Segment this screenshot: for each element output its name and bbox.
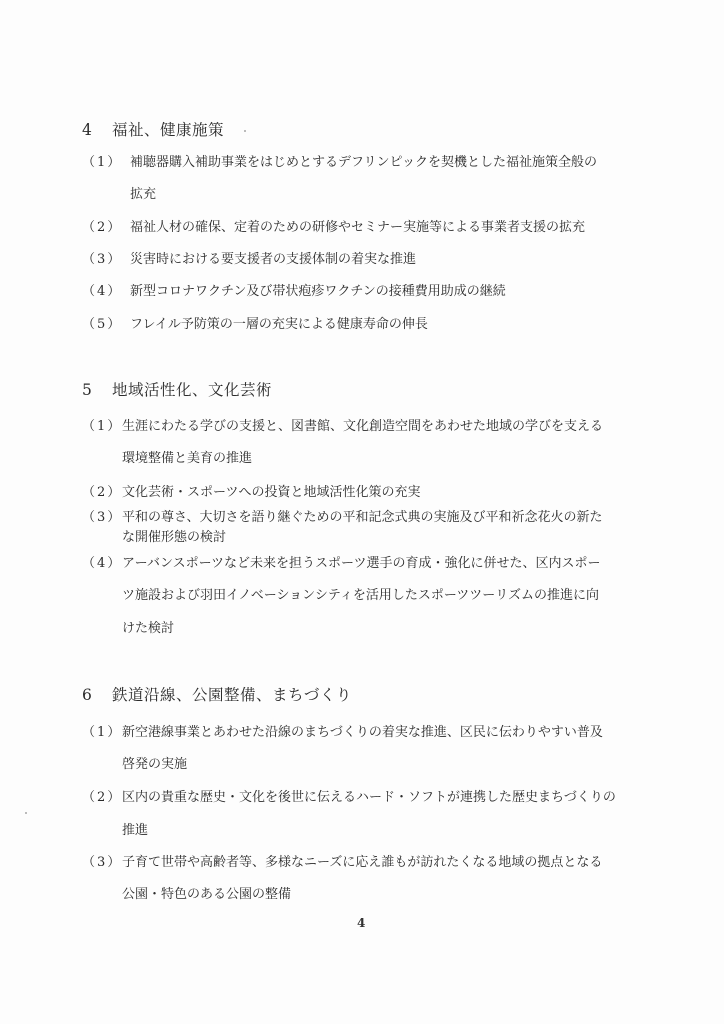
item-text-line: 新空港線事業とあわせた沿線のまちづくりの着実な推進、区民に伝わりやすい普及 xyxy=(122,721,603,740)
item-marker: （3） xyxy=(82,851,122,870)
section-title: 福祉、健康施策 xyxy=(112,121,224,139)
item-text-line: 福祉人材の確保、定着のための研修やセミナー実施等による事業者支援の拡充 xyxy=(130,216,585,235)
section-heading-5: 5地域活性化、文化芸術 xyxy=(82,378,272,400)
item-marker: （1） xyxy=(82,721,122,740)
item-marker: （4） xyxy=(82,280,122,299)
section-number: 5 xyxy=(82,381,112,399)
list-item: （5） フレイル予防策の一層の充実による健康寿命の伸長 xyxy=(82,313,122,332)
item-text-line: 推進 xyxy=(122,819,148,838)
item-marker: （2） xyxy=(82,481,122,500)
list-item: （4） 新型コロナワクチン及び帯状疱疹ワクチンの接種費用助成の継続 xyxy=(82,280,122,299)
item-marker: （4） xyxy=(82,552,122,571)
list-item: （3） 平和の尊さ、大切さを語り継ぐための平和記念式典の実施及び平和祈念花火の新… xyxy=(82,506,122,525)
item-text-line: 補聴器購入補助事業をはじめとするデフリンピックを契機とした福祉施策全般の xyxy=(130,151,597,170)
item-marker: （5） xyxy=(82,313,122,332)
item-text-line: 災害時における要支援者の支援体制の着実な推進 xyxy=(130,248,416,267)
item-text-line: 拡充 xyxy=(130,183,156,202)
section-title: 地域活性化、文化芸術 xyxy=(112,381,272,399)
item-marker: （1） xyxy=(82,415,122,434)
item-marker: （2） xyxy=(82,786,122,805)
list-item: （4） アーバンスポーツなど未来を担うスポーツ選手の育成・強化に併せた、区内スポ… xyxy=(82,552,122,571)
item-marker: （3） xyxy=(82,248,122,267)
list-item: （3） 災害時における要支援者の支援体制の着実な推進 xyxy=(82,248,122,267)
item-text-line: 環境整備と美育の推進 xyxy=(122,447,252,466)
item-text-line: 平和の尊さ、大切さを語り継ぐための平和記念式典の実施及び平和祈念花火の新た xyxy=(122,506,602,525)
scan-speck xyxy=(244,130,246,132)
item-text-line: 公園・特色のある公園の整備 xyxy=(122,883,291,902)
item-marker: （2） xyxy=(82,216,122,235)
list-item: （2） 福祉人材の確保、定着のための研修やセミナー実施等による事業者支援の拡充 xyxy=(82,216,122,235)
list-item: （1） 生涯にわたる学びの支援と、図書館、文化創造空間をあわせた地域の学びを支え… xyxy=(82,415,122,434)
item-text-line: フレイル予防策の一層の充実による健康寿命の伸長 xyxy=(130,313,428,332)
section-heading-6: 6鉄道沿線、公園整備、まちづくり xyxy=(82,683,352,705)
item-text-line: 啓発の実施 xyxy=(122,753,187,772)
item-text-line: 区内の貴重な歴史・文化を後世に伝えるハード・ソフトが連携した歴史まちづくりの xyxy=(122,786,616,805)
item-text-line: 生涯にわたる学びの支援と、図書館、文化創造空間をあわせた地域の学びを支える xyxy=(122,415,603,434)
list-item: （2） 文化芸術・スポーツへの投資と地域活性化策の充実 xyxy=(82,481,122,500)
section-heading-4: 4福祉、健康施策 xyxy=(82,118,224,140)
section-title: 鉄道沿線、公園整備、まちづくり xyxy=(112,686,352,704)
section-number: 6 xyxy=(82,686,112,704)
item-text-line: アーバンスポーツなど未来を担うスポーツ選手の育成・強化に併せた、区内スポー xyxy=(122,552,601,571)
item-marker: （3） xyxy=(82,506,122,525)
list-item: （2） 区内の貴重な歴史・文化を後世に伝えるハード・ソフトが連携した歴史まちづく… xyxy=(82,786,122,805)
item-text-line: けた検討 xyxy=(122,617,174,636)
item-text-line: な開催形態の検討 xyxy=(122,526,226,545)
list-item: （1） 補聴器購入補助事業をはじめとするデフリンピックを契機とした福祉施策全般の… xyxy=(82,151,122,170)
item-text-line: 子育て世帯や高齢者等、多様なニーズに応え誰もが訪れたくなる地域の拠点となる xyxy=(122,851,602,870)
page-number: 4 xyxy=(357,916,365,930)
item-text-line: 文化芸術・スポーツへの投資と地域活性化策の充実 xyxy=(122,481,420,500)
list-item: （1） 新空港線事業とあわせた沿線のまちづくりの着実な推進、区民に伝わりやすい普… xyxy=(82,721,122,740)
item-text-line: ツ施設および羽田イノベーションシティを活用したスポーツツーリズムの推進に向 xyxy=(122,584,599,603)
scan-speck xyxy=(25,812,27,814)
list-item: （3） 子育て世帯や高齢者等、多様なニーズに応え誰もが訪れたくなる地域の拠点とな… xyxy=(82,851,122,870)
document-page: 4福祉、健康施策 （1） 補聴器購入補助事業をはじめとするデフリンピックを契機と… xyxy=(0,0,724,1024)
item-text-line: 新型コロナワクチン及び帯状疱疹ワクチンの接種費用助成の継続 xyxy=(130,280,506,299)
item-marker: （1） xyxy=(82,151,122,170)
section-number: 4 xyxy=(82,121,112,139)
